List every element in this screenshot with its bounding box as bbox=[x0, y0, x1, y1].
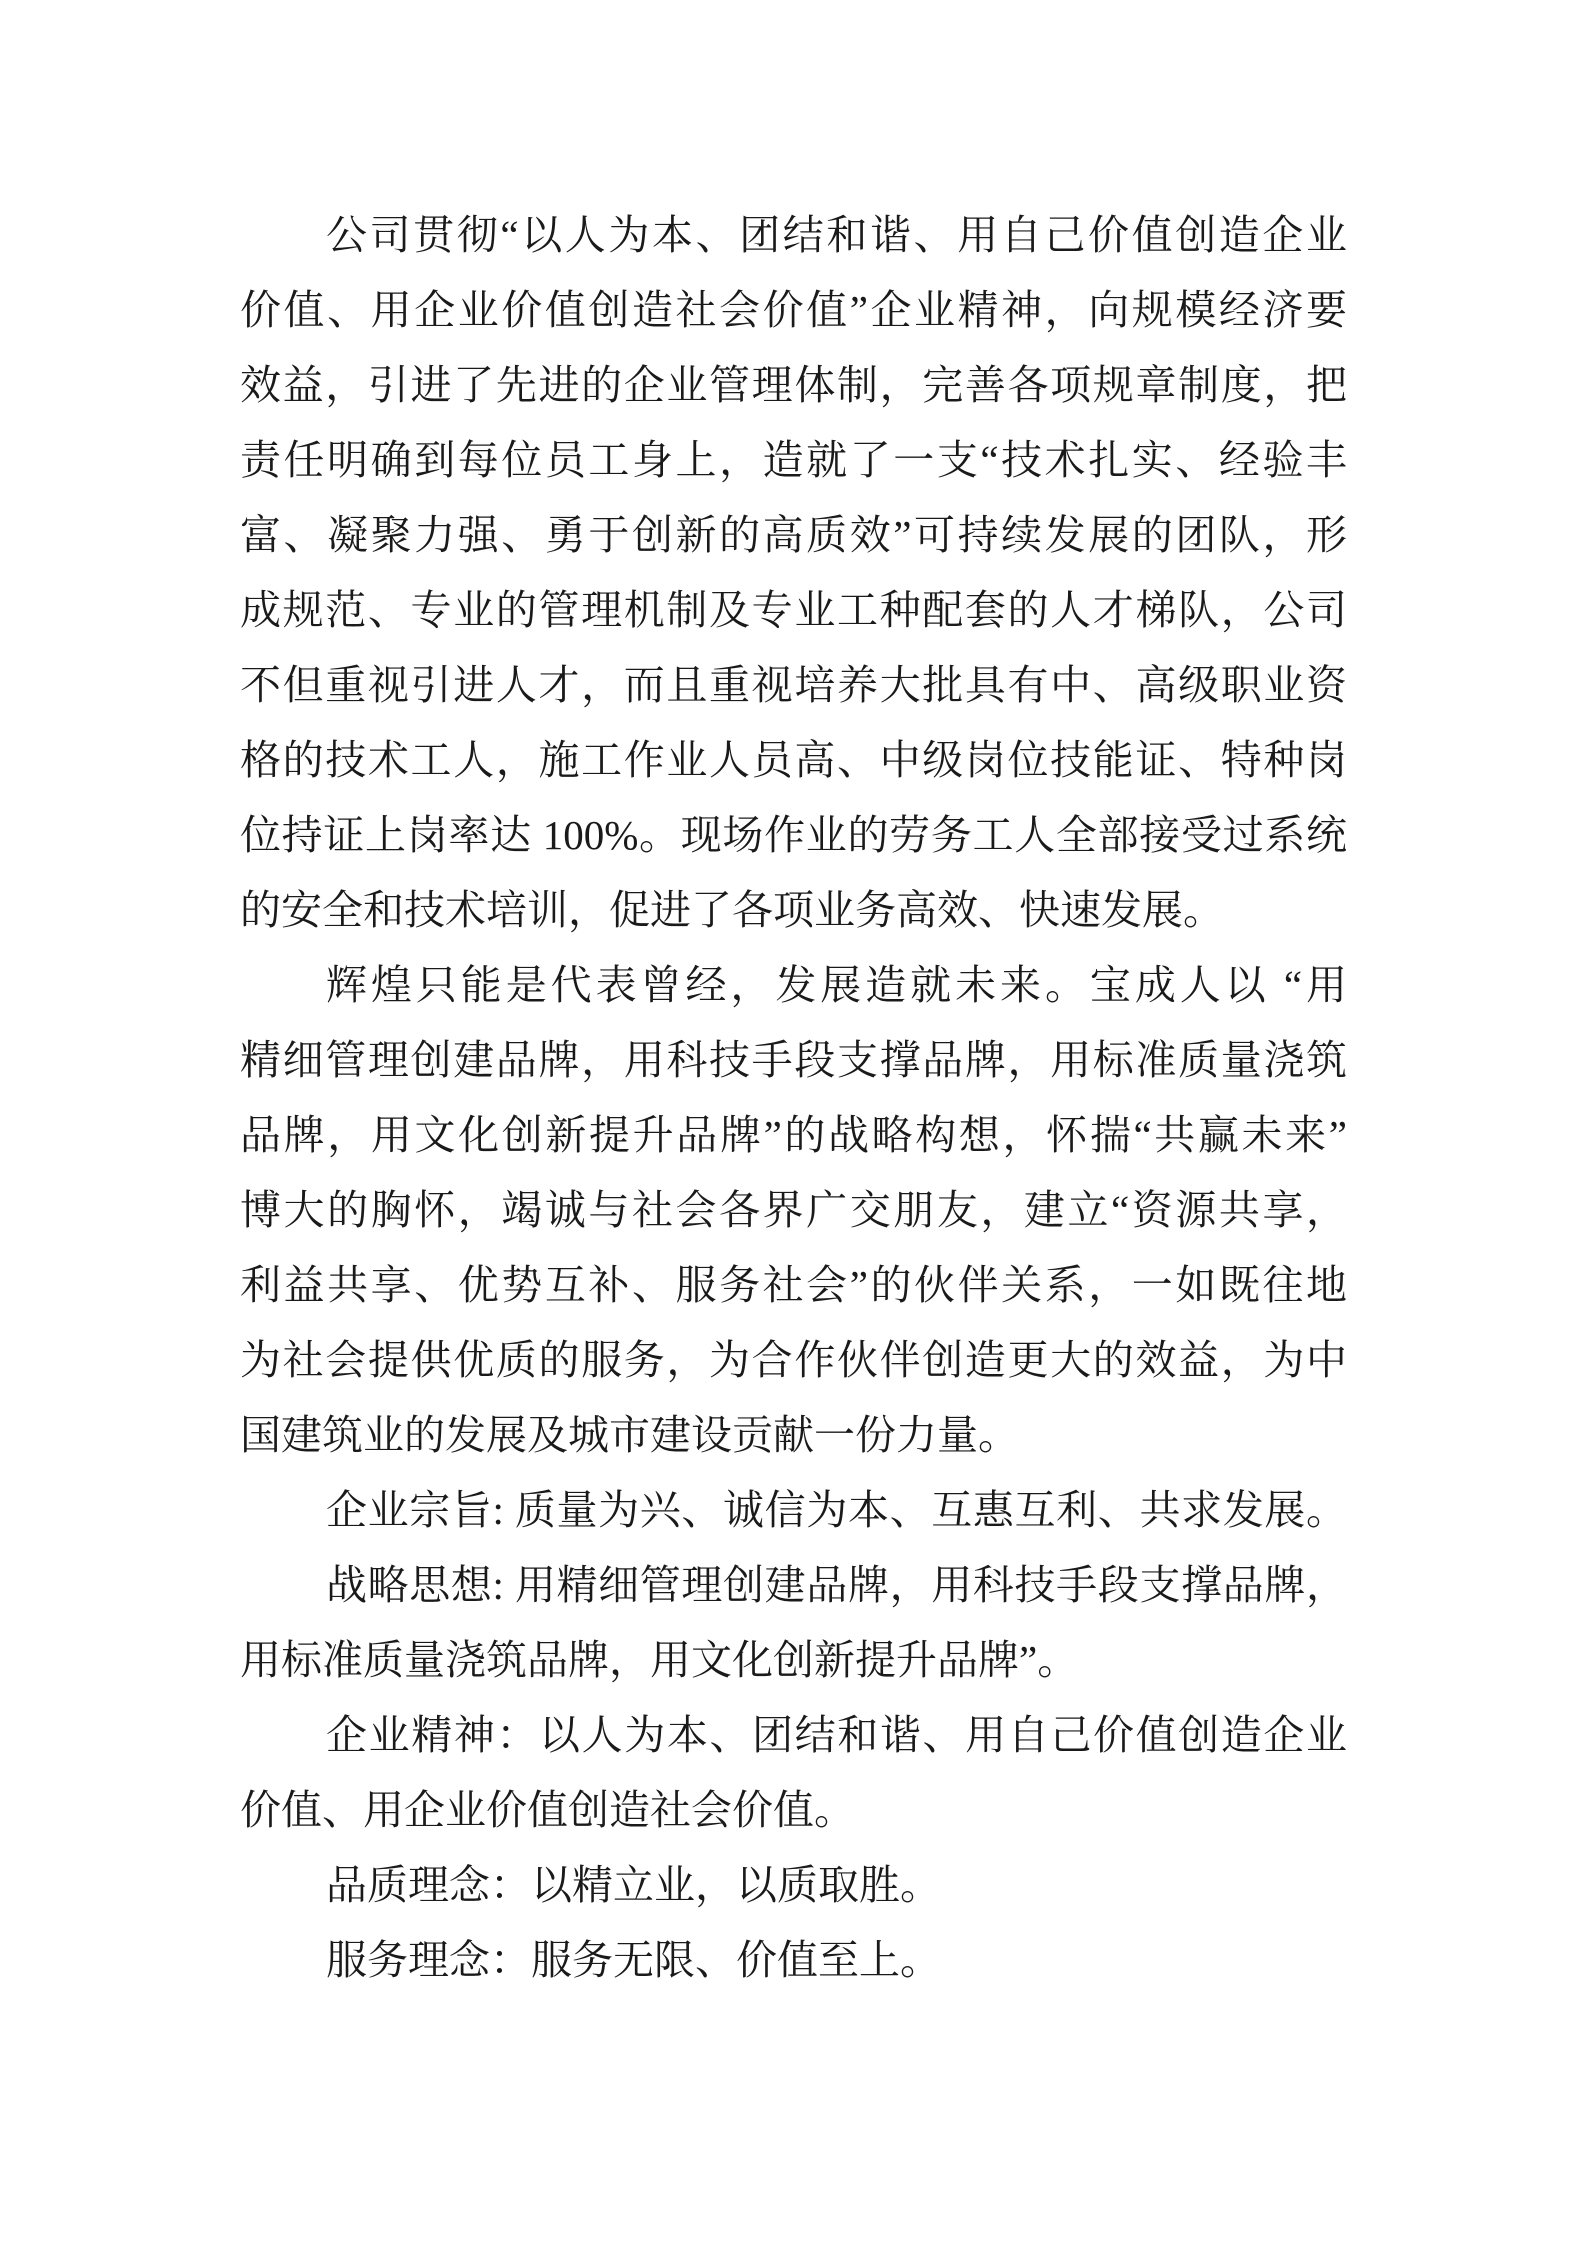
document-body: 公司贯彻“以人为本、团结和谐、用自己价值创造企业价值、用企业价值创造社会价值”企… bbox=[240, 198, 1347, 1998]
paragraph-enterprise-spirit: 企业精神：以人为本、团结和谐、用自己价值创造企业价值、用企业价值创造社会价值。 bbox=[240, 1698, 1347, 1848]
paragraph-company-spirit-and-talent: 公司贯彻“以人为本、团结和谐、用自己价值创造企业价值、用企业价值创造社会价值”企… bbox=[240, 198, 1347, 948]
text-line: 位持证上岗率达 100%。现场作业的劳务工人全部接受过系统 bbox=[240, 798, 1347, 873]
text-line: 富、凝聚力强、勇于创新的高质效”可持续发展的团队，形 bbox=[240, 498, 1347, 573]
text-line: 效益，引进了先进的企业管理体制，完善各项规章制度，把 bbox=[240, 348, 1347, 423]
text-line: 品牌，用文化创新提升品牌”的战略构想，怀揣“共赢未来” bbox=[240, 1098, 1347, 1173]
text-line: 企业宗旨: 质量为兴、诚信为本、互惠互利、共求发展。 bbox=[240, 1473, 1347, 1548]
text-line: 责任明确到每位员工身上，造就了一支“技术扎实、经验丰 bbox=[240, 423, 1347, 498]
text-line: 博大的胸怀，竭诚与社会各界广交朋友，建立“资源共享， bbox=[240, 1173, 1347, 1248]
text-line: 服务理念：服务无限、价值至上。 bbox=[240, 1923, 1347, 1998]
text-line: 精细管理创建品牌，用科技手段支撑品牌，用标准质量浇筑 bbox=[240, 1023, 1347, 1098]
paragraph-strategic-thought: 战略思想: 用精细管理创建品牌，用科技手段支撑品牌，用标准质量浇筑品牌，用文化创… bbox=[240, 1548, 1347, 1698]
text-line: 用标准质量浇筑品牌，用文化创新提升品牌”。 bbox=[240, 1623, 1347, 1698]
document-page: 公司贯彻“以人为本、团结和谐、用自己价值创造企业价值、用企业价值创造社会价值”企… bbox=[0, 0, 1587, 2245]
paragraph-enterprise-tenet: 企业宗旨: 质量为兴、诚信为本、互惠互利、共求发展。 bbox=[240, 1473, 1347, 1548]
text-line: 辉煌只能是代表曾经，发展造就未来。宝成人以 “用 bbox=[240, 948, 1347, 1023]
text-line: 成规范、专业的管理机制及专业工种配套的人才梯队，公司 bbox=[240, 573, 1347, 648]
paragraph-future-vision: 辉煌只能是代表曾经，发展造就未来。宝成人以 “用精细管理创建品牌，用科技手段支撑… bbox=[240, 948, 1347, 1473]
text-line: 格的技术工人，施工作业人员高、中级岗位技能证、特种岗 bbox=[240, 723, 1347, 798]
text-line: 利益共享、优势互补、服务社会”的伙伴关系，一如既往地 bbox=[240, 1248, 1347, 1323]
paragraph-service-concept: 服务理念：服务无限、价值至上。 bbox=[240, 1923, 1347, 1998]
text-line: 价值、用企业价值创造社会价值”企业精神，向规模经济要 bbox=[240, 273, 1347, 348]
paragraph-quality-concept: 品质理念：以精立业，以质取胜。 bbox=[240, 1848, 1347, 1923]
text-line: 为社会提供优质的服务，为合作伙伴创造更大的效益，为中 bbox=[240, 1323, 1347, 1398]
text-line: 品质理念：以精立业，以质取胜。 bbox=[240, 1848, 1347, 1923]
text-line: 价值、用企业价值创造社会价值。 bbox=[240, 1773, 1347, 1848]
text-line: 企业精神：以人为本、团结和谐、用自己价值创造企业 bbox=[240, 1698, 1347, 1773]
text-line: 不但重视引进人才，而且重视培养大批具有中、高级职业资 bbox=[240, 648, 1347, 723]
text-line: 公司贯彻“以人为本、团结和谐、用自己价值创造企业 bbox=[240, 198, 1347, 273]
text-line: 战略思想: 用精细管理创建品牌，用科技手段支撑品牌， bbox=[240, 1548, 1347, 1623]
text-line: 的安全和技术培训，促进了各项业务高效、快速发展。 bbox=[240, 873, 1347, 948]
text-line: 国建筑业的发展及城市建设贡献一份力量。 bbox=[240, 1398, 1347, 1473]
